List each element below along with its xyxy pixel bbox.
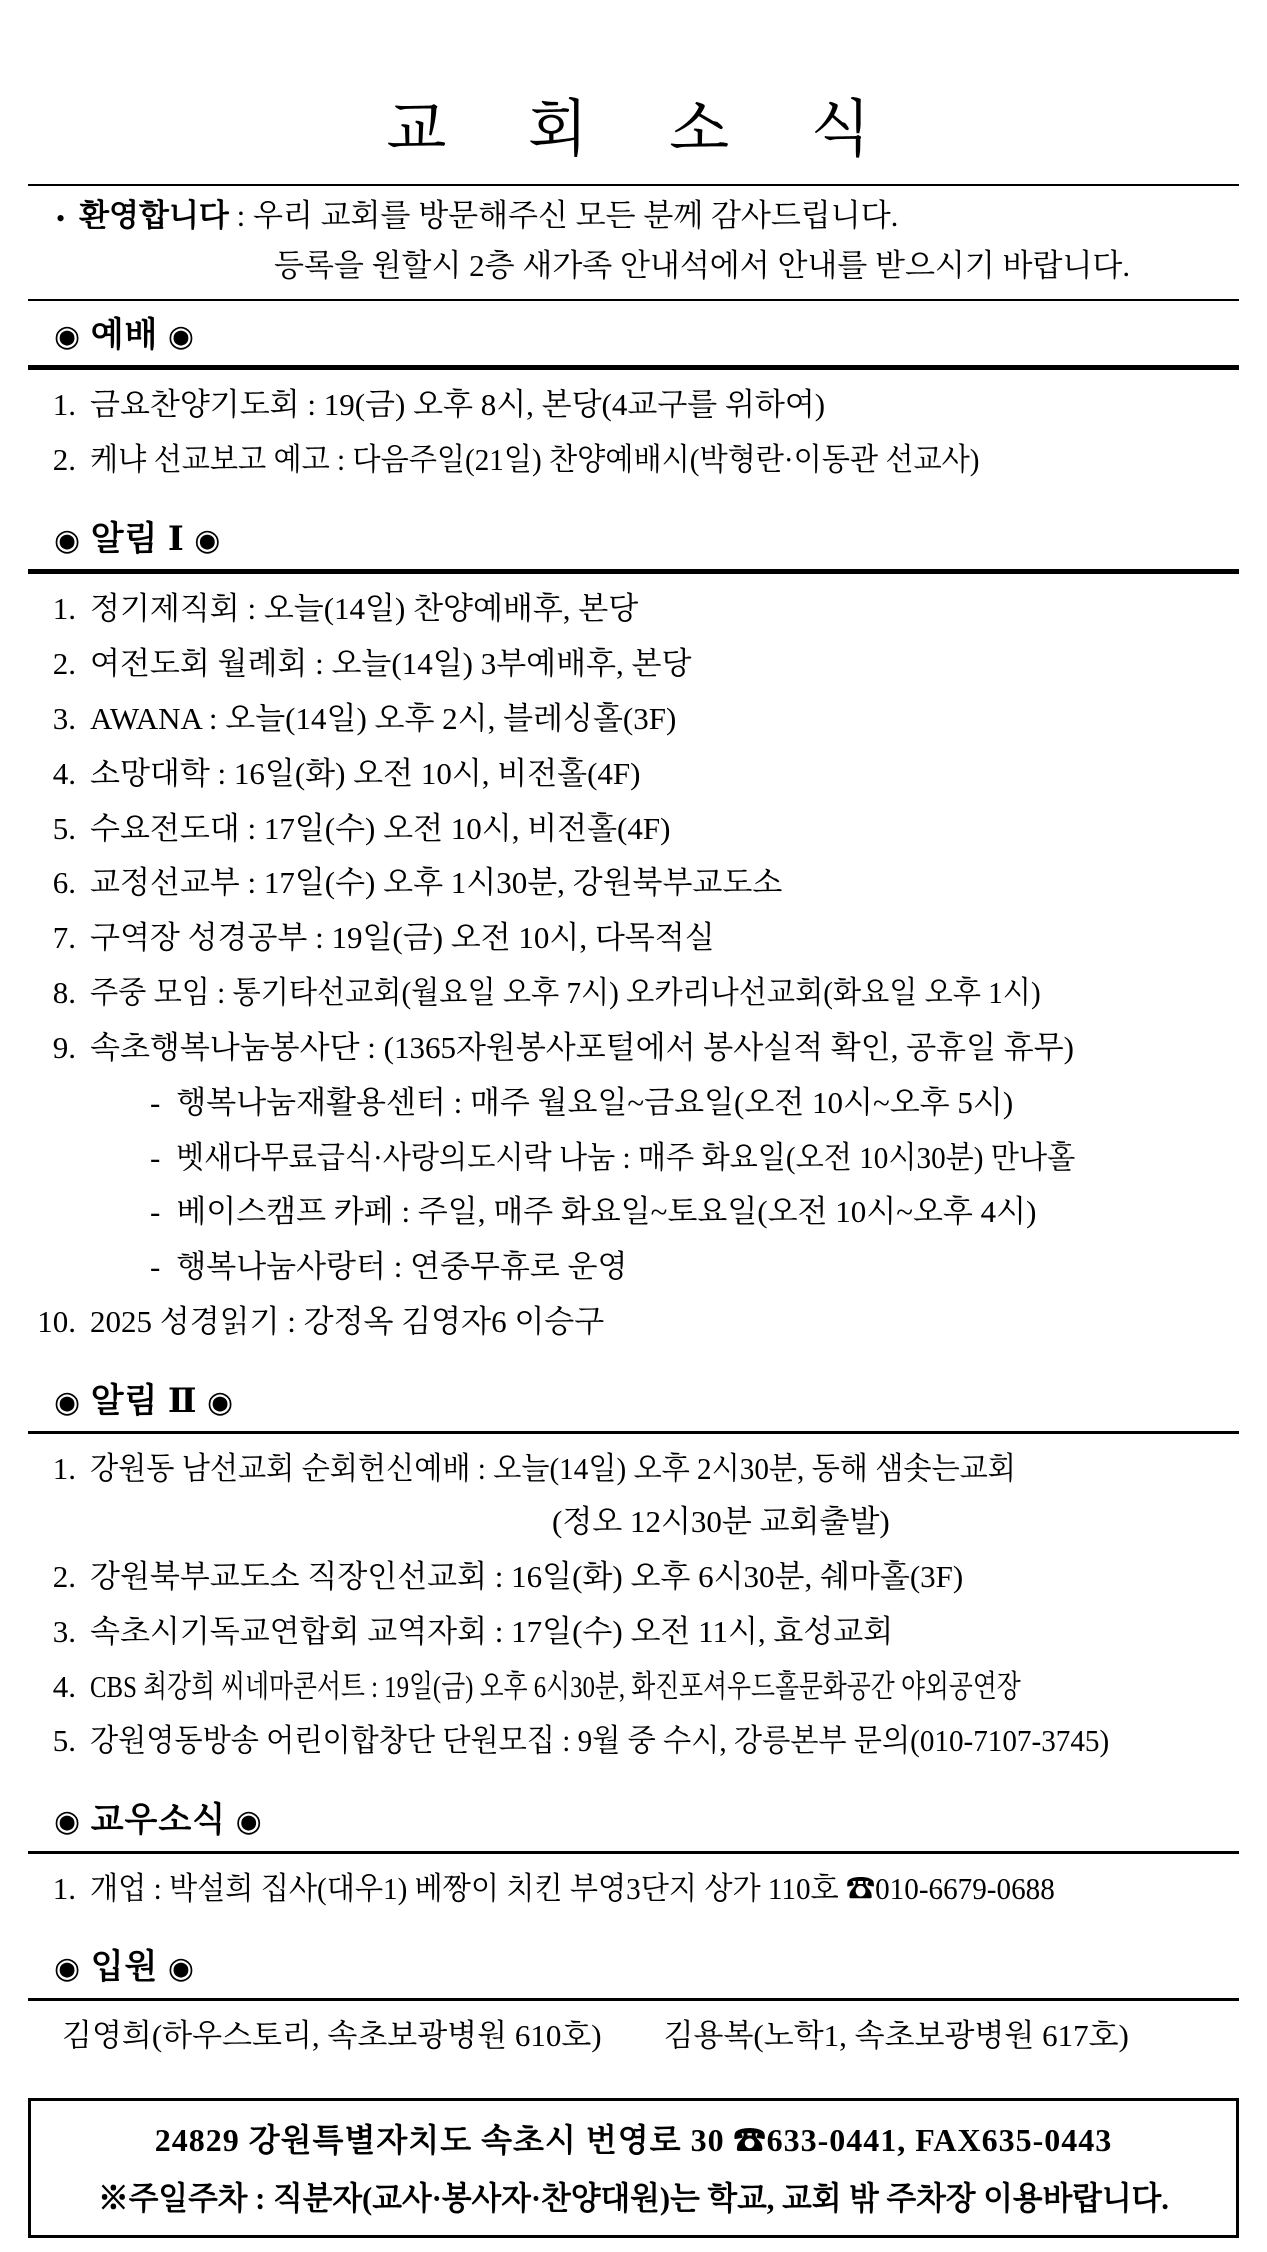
item-number: 1. <box>28 386 90 424</box>
item-number: 1. <box>28 590 90 628</box>
item-number: 7. <box>28 919 90 957</box>
sub-list-item: -행복나눔재활용센터 : 매주 월요일~금요일(오전 10시~오후 5시) <box>28 1084 1239 1122</box>
item-text: 교정선교부 : 17일(수) 오후 1시30분, 강원북부교도소 <box>90 864 782 902</box>
list-item: 1.금요찬양기도회 : 19(금) 오후 8시, 본당(4교구를 위하여) <box>28 386 1239 424</box>
item-text: 속초행복나눔봉사단 : (1365자원봉사포털에서 봉사실적 확인, 공휴일 휴… <box>90 1029 1074 1067</box>
list-item: 4.소망대학 : 16일(화) 오전 10시, 비전홀(4F) <box>28 755 1239 793</box>
section-hospitalized-heading: ◉ 입원 ◉ <box>28 1947 1239 1990</box>
spacer <box>602 2017 664 2056</box>
list-item: 2.강원북부교도소 직장인선교회 : 16일(화) 오후 6시30분, 쉐마홀(… <box>28 1558 1239 1596</box>
list-item: 5.강원영동방송 어린이합창단 단원모집 : 9월 중 수시, 강릉본부 문의(… <box>28 1722 1239 1760</box>
fisheye-icon: ◉ <box>207 1386 234 1419</box>
sub-list-item: -베이스캠프 카페 : 주일, 매주 화요일~토요일(오전 10시~오후 4시) <box>28 1193 1239 1231</box>
item-text: 2025 성경읽기 : 강정옥 김영자6 이승구 <box>90 1303 604 1341</box>
item-text: 강원북부교도소 직장인선교회 : 16일(화) 오후 6시30분, 쉐마홀(3F… <box>90 1558 963 1596</box>
item-text: 행복나눔재활용센터 : 매주 월요일~금요일(오전 10시~오후 5시) <box>176 1084 1013 1122</box>
footer-box: 24829 강원특별자치도 속초시 번영로 30 ☎633-0441, FAX6… <box>28 2098 1239 2238</box>
bulletin-page: 교 회 소 식 •환영합니다 : 우리 교회를 방문해주신 모든 분께 감사드립… <box>0 0 1267 2252</box>
item-text: 벳새다무료급식·사랑의도시락 나눔 : 매주 화요일(오전 10시30분) 만나… <box>176 1139 1075 1177</box>
section-worship: ◉ 예배 ◉ 1.금요찬양기도회 : 19(금) 오후 8시, 본당(4교구를 … <box>28 315 1239 479</box>
section-worship-heading: ◉ 예배 ◉ <box>28 315 1239 358</box>
item-text: 케냐 선교보고 예고 : 다음주일(21일) 찬양예배시(박형란·이동관 선교사… <box>90 441 980 479</box>
hospitalized-row: 김영희(하우스토리, 속초보광병원 610호) 김용복(노학1, 속초보광병원 … <box>28 2017 1239 2056</box>
item-text: 정기제직회 : 오늘(14일) 찬양예배후, 본당 <box>90 590 638 628</box>
item-number: 2. <box>28 441 90 479</box>
list-item: 1.정기제직회 : 오늘(14일) 찬양예배후, 본당 <box>28 590 1239 628</box>
list-item: 10.2025 성경읽기 : 강정옥 김영자6 이승구 <box>28 1303 1239 1341</box>
welcome-line-1: •환영합니다 : 우리 교회를 방문해주신 모든 분께 감사드립니다. <box>56 196 1239 236</box>
item-text: 강원동 남선교회 순회헌신예배 : 오늘(14일) 오후 2시30분, 동해 샘… <box>90 1450 1016 1488</box>
section-hospitalized-title: 입원 <box>91 1949 159 1986</box>
item-number: 9. <box>28 1029 90 1067</box>
list-item: 7.구역장 성경공부 : 19일(금) 오전 10시, 다목적실 <box>28 919 1239 957</box>
item-text: 개업 : 박설희 집사(대우1) 베짱이 치킨 부영3단지 상가 110호 ☎0… <box>90 1870 1055 1908</box>
item-number: 5. <box>28 1722 90 1760</box>
list-item: 2.케냐 선교보고 예고 : 다음주일(21일) 찬양예배시(박형란·이동관 선… <box>28 441 1239 479</box>
item-number: 8. <box>28 974 90 1012</box>
item-text: AWANA : 오늘(14일) 오후 2시, 블레싱홀(3F) <box>90 700 676 738</box>
list-item: 6.교정선교부 : 17일(수) 오후 1시30분, 강원북부교도소 <box>28 864 1239 902</box>
dash-bullet: - <box>150 1193 176 1231</box>
list-item: 1.개업 : 박설희 집사(대우1) 베짱이 치킨 부영3단지 상가 110호 … <box>28 1870 1239 1908</box>
dash-bullet: - <box>150 1084 176 1122</box>
item-text: 구역장 성경공부 : 19일(금) 오전 10시, 다목적실 <box>90 919 715 957</box>
item-continuation: (정오 12시30분 교회출발) <box>552 1503 1239 1541</box>
item-number: 1. <box>28 1870 90 1908</box>
welcome-label: 환영합니다 <box>79 198 229 233</box>
sub-list-item: -행복나눔사랑터 : 연중무휴로 운영 <box>28 1248 1239 1286</box>
section-friends-news-heading: ◉ 교우소식 ◉ <box>28 1800 1239 1843</box>
item-number: 2. <box>28 1558 90 1596</box>
item-number: 3. <box>28 700 90 738</box>
item-number: 2. <box>28 645 90 683</box>
item-text: 소망대학 : 16일(화) 오전 10시, 비전홀(4F) <box>90 755 641 793</box>
parking-notice: ※주일주차 : 직분자(교사·봉사자·찬양대원)는 학교, 교회 밖 주차장 이… <box>63 2173 1204 2219</box>
section-notice-2-title: 알림 Ⅱ <box>91 1383 198 1420</box>
item-text: 여전도회 월례회 : 오늘(14일) 3부예배후, 본당 <box>90 645 691 683</box>
item-text: 수요전도대 : 17일(수) 오전 10시, 비전홀(4F) <box>90 810 670 848</box>
item-text: 금요찬양기도회 : 19(금) 오후 8시, 본당(4교구를 위하여) <box>90 386 825 424</box>
welcome-separator: : <box>229 198 253 233</box>
fisheye-icon: ◉ <box>54 524 81 557</box>
section-hospitalized: ◉ 입원 ◉ 김영희(하우스토리, 속초보광병원 610호) 김용복(노학1, … <box>28 1947 1239 2055</box>
item-number: 3. <box>28 1613 90 1651</box>
dash-bullet: - <box>150 1248 176 1286</box>
list-item: 1.강원동 남선교회 순회헌신예배 : 오늘(14일) 오후 2시30분, 동해… <box>28 1450 1239 1488</box>
section-notice-1-title: 알림 Ⅰ <box>91 521 185 558</box>
item-number: 10. <box>28 1303 90 1341</box>
fisheye-icon: ◉ <box>168 320 195 353</box>
welcome-text: 우리 교회를 방문해주신 모든 분께 감사드립니다. <box>253 198 898 233</box>
divider-above-worship <box>28 299 1239 301</box>
welcome-line-2: 등록을 원할시 2층 새가족 안내석에서 안내를 받으시기 바랍니다. <box>274 246 1239 286</box>
item-text: CBS 최강희 씨네마콘서트 : 19일(금) 오후 6시30분, 화진포셔우드… <box>90 1668 1021 1706</box>
list-item: 9.속초행복나눔봉사단 : (1365자원봉사포털에서 봉사실적 확인, 공휴일… <box>28 1029 1239 1067</box>
list-item: 3.속초시기독교연합회 교역자회 : 17일(수) 오전 11시, 효성교회 <box>28 1613 1239 1651</box>
item-number: 5. <box>28 810 90 848</box>
hospitalized-entry: 김용복(노학1, 속초보광병원 617호) <box>664 2017 1129 2056</box>
fisheye-icon: ◉ <box>54 1386 81 1419</box>
section-notice-1-heading: ◉ 알림 Ⅰ ◉ <box>28 519 1239 562</box>
section-notice-2: ◉ 알림 Ⅱ ◉ 1.강원동 남선교회 순회헌신예배 : 오늘(14일) 오후 … <box>28 1381 1239 1760</box>
fisheye-icon: ◉ <box>236 1805 263 1838</box>
fisheye-icon: ◉ <box>168 1952 195 1985</box>
list-item: 3.AWANA : 오늘(14일) 오후 2시, 블레싱홀(3F) <box>28 700 1239 738</box>
item-text: 강원영동방송 어린이합창단 단원모집 : 9월 중 수시, 강릉본부 문의(01… <box>90 1722 1109 1760</box>
section-notice-1: ◉ 알림 Ⅰ ◉ 1.정기제직회 : 오늘(14일) 찬양예배후, 본당 2.여… <box>28 519 1239 1341</box>
fisheye-icon: ◉ <box>54 1805 81 1838</box>
list-item: 5.수요전도대 : 17일(수) 오전 10시, 비전홀(4F) <box>28 810 1239 848</box>
list-item: 4.CBS 최강희 씨네마콘서트 : 19일(금) 오후 6시30분, 화진포셔… <box>28 1668 1239 1706</box>
fisheye-icon: ◉ <box>194 524 221 557</box>
bullet-icon: • <box>56 204 65 233</box>
list-item: 8.주중 모임 : 통기타선교회(월요일 오후 7시) 오카리나선교회(화요일 … <box>28 974 1239 1012</box>
sub-list-item: -벳새다무료급식·사랑의도시락 나눔 : 매주 화요일(오전 10시30분) 만… <box>28 1139 1239 1177</box>
hospitalized-entry: 김영희(하우스토리, 속초보광병원 610호) <box>62 2017 602 2056</box>
fisheye-icon: ◉ <box>54 1952 81 1985</box>
welcome-block: •환영합니다 : 우리 교회를 방문해주신 모든 분께 감사드립니다. 등록을 … <box>28 186 1239 299</box>
list-item: 2.여전도회 월례회 : 오늘(14일) 3부예배후, 본당 <box>28 645 1239 683</box>
item-number: 4. <box>28 755 90 793</box>
section-notice-2-heading: ◉ 알림 Ⅱ ◉ <box>28 1381 1239 1424</box>
item-text: 속초시기독교연합회 교역자회 : 17일(수) 오전 11시, 효성교회 <box>90 1613 893 1651</box>
section-friends-news: ◉ 교우소식 ◉ 1.개업 : 박설희 집사(대우1) 베짱이 치킨 부영3단지… <box>28 1800 1239 1907</box>
item-text: 주중 모임 : 통기타선교회(월요일 오후 7시) 오카리나선교회(화요일 오후… <box>90 974 1041 1012</box>
church-address: 24829 강원특별자치도 속초시 번영로 30 ☎633-0441, FAX6… <box>39 2115 1228 2161</box>
page-title: 교 회 소 식 <box>28 96 1239 164</box>
item-number: 4. <box>28 1668 90 1706</box>
fisheye-icon: ◉ <box>54 320 81 353</box>
item-number: 1. <box>28 1450 90 1488</box>
dash-bullet: - <box>150 1139 176 1177</box>
section-friends-news-title: 교우소식 <box>91 1802 226 1839</box>
section-worship-title: 예배 <box>91 317 159 354</box>
item-text: 행복나눔사랑터 : 연중무휴로 운영 <box>176 1248 627 1286</box>
item-text: 베이스캠프 카페 : 주일, 매주 화요일~토요일(오전 10시~오후 4시) <box>176 1193 1036 1231</box>
item-number: 6. <box>28 864 90 902</box>
